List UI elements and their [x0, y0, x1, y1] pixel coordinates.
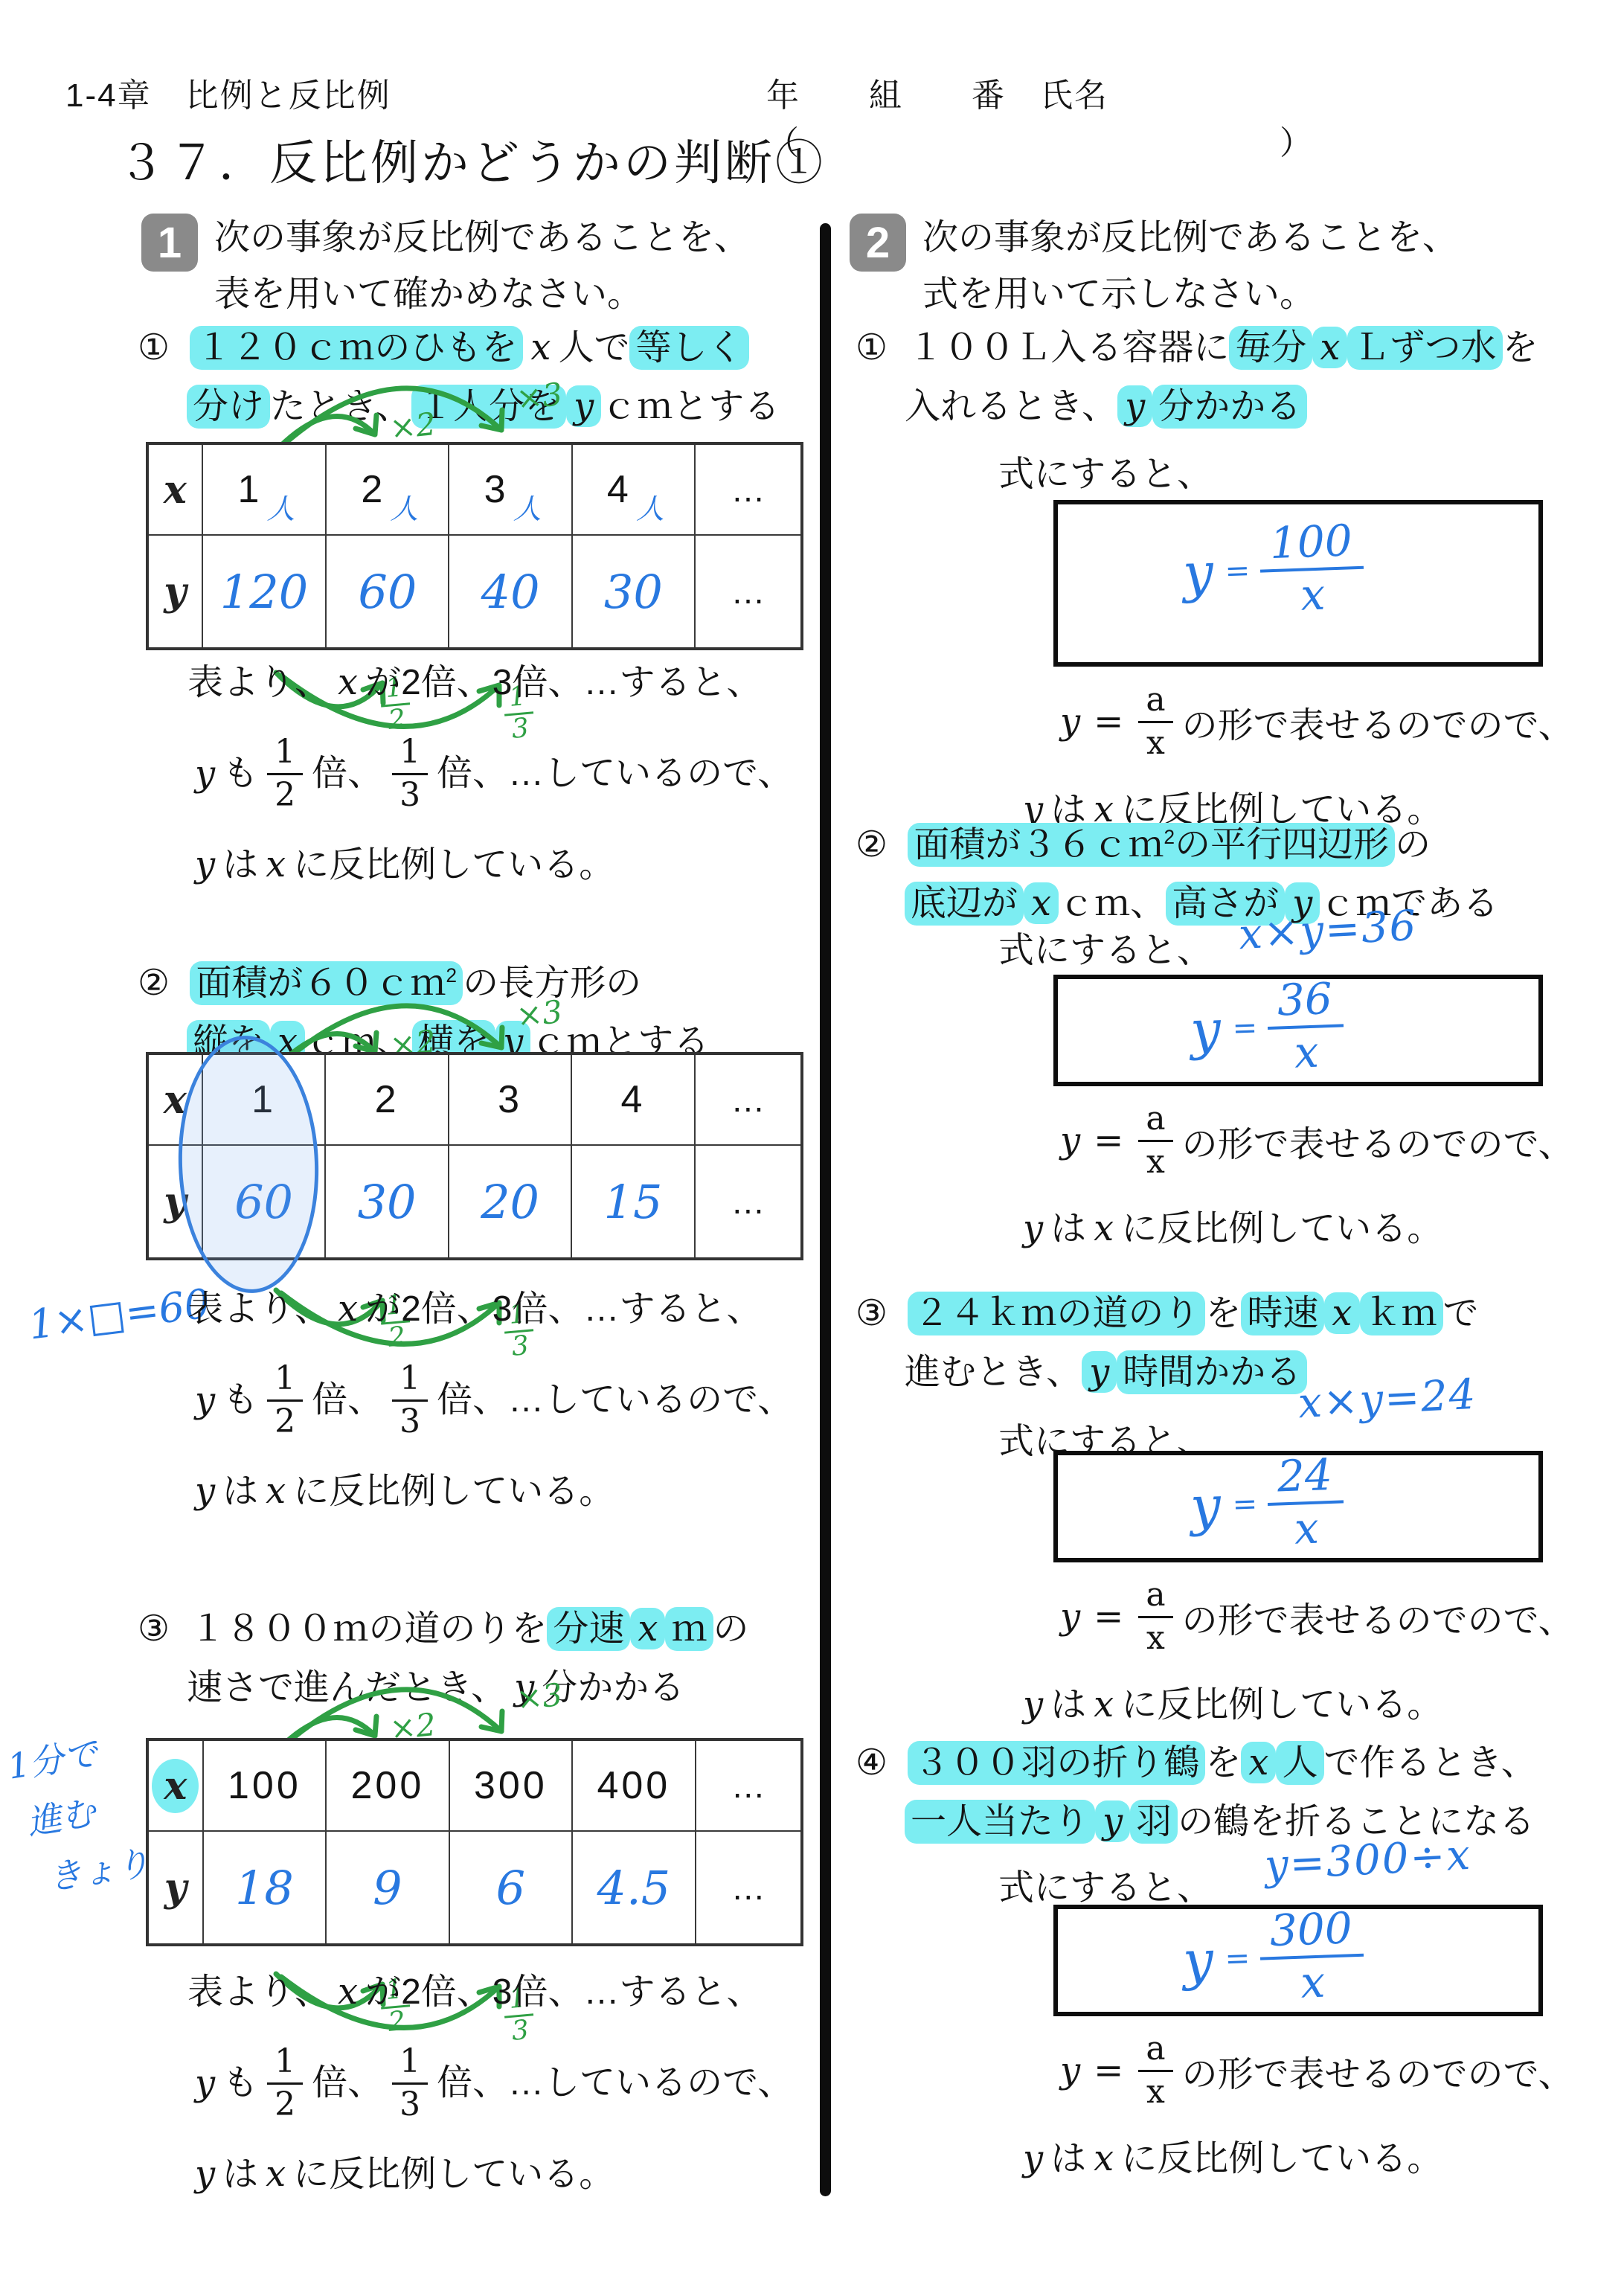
- s2-p2-handwritten-side-equation: x×y=36: [1237, 902, 1418, 959]
- s1-t1-unit2: 人: [390, 493, 418, 525]
- s2-p3-hl2: 時速: [1241, 1292, 1324, 1335]
- s1-c1-t6: は: [222, 845, 258, 885]
- s1-t3-times3-label: ×3: [515, 1676, 565, 1717]
- s1-t1-y-header: y: [147, 535, 202, 649]
- s1-c1-x: x: [330, 661, 365, 703]
- s1-p3-hl1: 分速: [547, 1607, 630, 1651]
- s1-c1-frac-third: 13: [392, 735, 428, 812]
- section1-intro: 次の事象が反比例であることを、 表を用いて確かめなさい。: [214, 210, 750, 323]
- s1-table1: x 1人 2人 3人 4人 … y 120 60 40 30 …: [146, 442, 803, 650]
- s1-t2-y-dots: …: [695, 1145, 802, 1259]
- s2-p3-t2: で: [1443, 1294, 1479, 1333]
- s2-p1-hl2: Ｌずつ水: [1347, 326, 1502, 370]
- s2-p4-concl-line2: yはxに反比例している。: [1015, 2131, 1611, 2187]
- margin-note-distance-per-minute: 1分で 進む きょり: [4, 1719, 155, 1910]
- s2-p1-concl-line1: y=axの形で表せるのでので、: [1015, 666, 1611, 777]
- s1-t1-x-dots: …: [695, 443, 802, 535]
- section1-badge: 1: [141, 214, 198, 272]
- s1-t1-y-row: y 120 60 40 30 …: [147, 535, 802, 649]
- s1-c2-line3: yはxに反比例している。: [187, 1463, 842, 1519]
- s2-problem1-text: ① １００Ｌ入る容器に毎分xＬずつ水を 入れるとき、y分かかる: [856, 318, 1599, 436]
- s1-c1-t4: 倍、: [312, 756, 383, 792]
- s2-p4-handwritten-side-equation: y=300÷x: [1263, 1831, 1472, 1890]
- s2-p2-hl2: 底辺が: [905, 882, 1024, 926]
- s1-t1-unit1: 人: [266, 493, 295, 525]
- section1-intro-line2: 表を用いて確かめなさい。: [214, 266, 750, 323]
- s1-t1-x4: 4: [607, 468, 632, 511]
- section2-intro: 次の事象が反比例であることを、 式を用いて示しなさい。: [922, 210, 1458, 323]
- s2-p2-concl-line2: yはxに反比例している。: [1015, 1201, 1611, 1257]
- section1-intro-line1: 次の事象が反比例であることを、: [214, 210, 750, 266]
- s1-p1-hl1: １２０ｃｍのひもを: [190, 326, 523, 370]
- s1-c1-y2: y: [187, 844, 222, 885]
- s1-c1-t5: 倍、…しているので、: [437, 756, 793, 792]
- s2-p3-number: ③: [856, 1294, 888, 1333]
- s2-p1-var-y: y: [1117, 385, 1152, 427]
- s1-t3-y4: 4.5: [597, 1861, 671, 1915]
- s2-p4-hl1: ３００羽の折り鶴: [908, 1741, 1205, 1785]
- s2-p1-number: ①: [856, 328, 888, 368]
- s2-p3-hl4: 時間かかる: [1117, 1350, 1307, 1394]
- s2-p3-line2: 進むとき、y時間かかる: [856, 1343, 1607, 1402]
- s1-t3-x-row: x 100 200 300 400 …: [147, 1739, 802, 1831]
- s2-p1-t3: 入れるとき、: [905, 387, 1117, 426]
- s2-p3-hl3: ｋｍ: [1360, 1292, 1443, 1335]
- s1-p3-number: ③: [138, 1609, 170, 1649]
- s2-p2-var-x: x: [1024, 882, 1059, 924]
- section2-badge: 2: [850, 214, 906, 272]
- s1-c1-t3: も: [222, 756, 258, 792]
- s1-t3-x-header: x: [147, 1739, 203, 1831]
- s1-t3-y2: 9: [373, 1861, 402, 1915]
- s2-p3-line1: ③ ２４ｋｍの道のりを時速xｋｍで: [856, 1284, 1607, 1343]
- s1-t3-x1: 100: [203, 1739, 326, 1831]
- s1-p1-t1: 人で: [558, 328, 629, 368]
- s1-conclusion3: 表より、xが2倍、3倍、…すると、 yも12倍、13倍、…しているので、 yはx…: [187, 1964, 842, 2210]
- s1-t1-x1: 1: [238, 468, 263, 511]
- s1-p1-hl2: 等しく: [629, 326, 748, 370]
- s2-p1-hl1: 毎分: [1229, 326, 1312, 370]
- s1-t2-x4: 4: [571, 1054, 694, 1145]
- s2-p4-handwritten-equation: y=300x: [1181, 1905, 1365, 2010]
- s1-t1-y1: 120: [220, 565, 308, 619]
- s1-t1-y2: 60: [358, 565, 417, 619]
- s2-p3-handwritten-side-equation: x×y=24: [1297, 1370, 1477, 1428]
- s2-p4-t3: の鶴を折ることになる: [1178, 1802, 1535, 1841]
- s2-p2-concl-line1: y=axの形で表せるのでので、: [1015, 1085, 1611, 1196]
- s2-p2-equation-label: 式にすると、: [998, 921, 1213, 972]
- s1-p3-t1: １８００ｍの道のりを: [190, 1609, 547, 1649]
- s2-p3-t1: を: [1205, 1294, 1241, 1333]
- s1-t2-x2: 2: [325, 1054, 448, 1145]
- s1-t3-x-dots: …: [696, 1739, 802, 1831]
- s1-p3-var-x: x: [630, 1608, 665, 1649]
- s1-t1-unit4: 人: [636, 493, 664, 525]
- s2-p1-var-x: x: [1312, 327, 1347, 368]
- s2-p1-hl3: 分かかる: [1152, 385, 1307, 429]
- s2-p2-handwritten-equation: y=36x: [1189, 975, 1345, 1079]
- s2-p2-t1: の: [1395, 825, 1431, 865]
- page-title: ３７．反比例かどうかの判断①: [118, 125, 826, 193]
- s1-t1-x-header: x: [147, 443, 202, 535]
- s1-c1-line1: 表より、xが2倍、3倍、…すると、: [187, 655, 842, 711]
- s2-p4-t1: を: [1205, 1743, 1241, 1783]
- section2-intro-line1: 次の事象が反比例であることを、: [922, 210, 1458, 266]
- s1-t1-times2-label: ×2: [388, 405, 438, 446]
- s2-p1-line2: 入れるとき、y分かかる: [856, 377, 1599, 436]
- s2-p2-line2: 底辺がxｃｍ、高さがyｃｍである: [856, 874, 1607, 933]
- s1-t1-times3-label: ×3: [515, 376, 565, 417]
- s2-p1-line1: ① １００Ｌ入る容器に毎分xＬずつ水を: [856, 318, 1599, 377]
- s1-t3-x-header-highlight: x: [152, 1759, 199, 1813]
- s2-p3-concl-line2: yはxに反比例している。: [1015, 1677, 1611, 1733]
- s2-p3-t3: 進むとき、: [905, 1353, 1082, 1392]
- s2-problem3-text: ③ ２４ｋｍの道のりを時速xｋｍで 進むとき、y時間かかる: [856, 1284, 1607, 1402]
- column-divider: [820, 223, 831, 2196]
- s1-c1-line3: yはxに反比例している。: [187, 837, 842, 893]
- s2-p1-t2: を: [1503, 328, 1538, 368]
- s1-table3: x 100 200 300 400 … y 18 9 6 4.5 …: [146, 1738, 803, 1946]
- s1-t3-x3: 300: [449, 1739, 572, 1831]
- s1-c3-line1: 表より、xが2倍、3倍、…すると、: [187, 1964, 842, 2020]
- s1-t3-x4: 400: [572, 1739, 695, 1831]
- s2-problem4-text: ④ ３００羽の折り鶴をx人で作るとき、 一人当たりy羽の鶴を折ることになる: [856, 1734, 1607, 1851]
- s2-p4-hl4: 羽: [1130, 1800, 1178, 1844]
- s1-t1-unit3: 人: [513, 493, 542, 525]
- s2-p3-var-y: y: [1082, 1351, 1117, 1393]
- s1-t2-x-dots: …: [695, 1054, 802, 1145]
- s2-p4-var-y: y: [1095, 1800, 1130, 1842]
- s1-t3-y-dots: …: [696, 1831, 802, 1945]
- s1-c1-frac-half: 12: [267, 735, 303, 812]
- s1-t3-x2: 200: [326, 1739, 449, 1831]
- s1-t3-y1: 18: [235, 1861, 294, 1915]
- s2-p4-line1: ④ ３００羽の折り鶴をx人で作るとき、: [856, 1734, 1607, 1792]
- s1-c2-line1: 表より、xが2倍、3倍、…すると、: [187, 1281, 842, 1337]
- s1-c1-line2: yも12倍、13倍、…しているので、: [187, 718, 842, 830]
- s2-p2-number: ②: [856, 825, 888, 865]
- s1-t2-x3: 3: [449, 1054, 571, 1145]
- s1-t2-y2: 30: [358, 1175, 417, 1229]
- s1-p1-number: ①: [138, 328, 170, 368]
- s1-c1-t1: 表より、: [187, 663, 330, 702]
- s1-c1-t7: に反比例している。: [293, 845, 614, 885]
- s1-t3-y-row: y 18 9 6 4.5 …: [147, 1831, 802, 1945]
- s2-p4-equation-label: 式にすると、: [998, 1859, 1213, 1910]
- chapter-label: 1-4章 比例と反比例: [65, 68, 391, 116]
- s1-conclusion1: 表より、xが2倍、3倍、…すると、 yも12倍、13倍、…しているので、 yはx…: [187, 655, 842, 900]
- s1-t1-y4: 30: [604, 565, 663, 619]
- s2-problem2-text: ② 面積が３６ｃｍ2の平行四辺形の 底辺がxｃｍ、高さがyｃｍである: [856, 808, 1607, 933]
- s2-p3-conclusion: y=axの形で表せるのでので、 yはxに反比例している。: [1015, 1561, 1611, 1733]
- s1-p1-line1: ① １２０ｃｍのひもをx人で等しく: [138, 318, 844, 377]
- s1-p3-line1: ③ １８００ｍの道のりを分速xｍの: [138, 1600, 867, 1658]
- s2-p2-conclusion: y=axの形で表せるのでので、 yはxに反比例している。: [1015, 1085, 1611, 1257]
- s1-t3-y3: 6: [496, 1861, 525, 1915]
- s1-t2-times3-label: ×3: [515, 993, 565, 1034]
- worksheet-page: 1-4章 比例と反比例 年 組 番 氏名（ ） ３７．反比例かどうかの判断① 1…: [0, 0, 1624, 2296]
- s2-p3-concl-line1: y=axの形で表せるのでので、: [1015, 1561, 1611, 1673]
- s2-p3-hl1: ２４ｋｍの道のり: [908, 1292, 1205, 1335]
- s1-p3-hl2: ｍ: [665, 1607, 713, 1651]
- s2-p2-hl1: 面積が３６ｃｍ2の平行四辺形: [908, 823, 1395, 867]
- s1-p3-t2: の: [713, 1609, 749, 1649]
- s1-c1-x2: x: [258, 844, 293, 885]
- s2-p4-t2: で作るとき、: [1324, 1743, 1537, 1783]
- s1-c2-line2: yも12倍、13倍、…しているので、: [187, 1344, 842, 1456]
- s2-p4-line2: 一人当たりy羽の鶴を折ることになる: [856, 1792, 1607, 1851]
- s1-t2-y3: 20: [481, 1175, 539, 1229]
- s2-p3-handwritten-equation: y=24x: [1189, 1452, 1345, 1555]
- s1-t1-y-dots: …: [695, 535, 802, 649]
- s1-t1-x3: 3: [484, 468, 509, 511]
- s2-p1-handwritten-equation: y=100x: [1181, 518, 1365, 622]
- s1-c1-t2: が2倍、3倍、…すると、: [365, 663, 762, 702]
- s1-p1-var-x: x: [523, 327, 558, 368]
- s2-p4-conclusion: y=axの形で表せるのでので、 yはxに反比例している。: [1015, 2015, 1611, 2187]
- s2-p2-t2: ｃｍ、: [1059, 884, 1166, 923]
- s2-p1-equation-label: 式にすると、: [998, 445, 1213, 496]
- s1-t1-y3: 40: [481, 565, 540, 619]
- s1-c3-line3: yはxに反比例している。: [187, 2146, 842, 2202]
- s2-p4-hl3: 一人当たり: [905, 1800, 1095, 1844]
- s2-p4-var-x: x: [1241, 1742, 1276, 1783]
- s2-p4-number: ④: [856, 1743, 888, 1783]
- s2-p3-var-x: x: [1324, 1292, 1359, 1334]
- s2-p1-t1: １００Ｌ入る容器に: [908, 328, 1229, 368]
- s1-t3-y-header: y: [147, 1831, 203, 1945]
- s1-t1-x-row: x 1人 2人 3人 4人 …: [147, 443, 802, 535]
- s1-t2-y4: 15: [604, 1175, 663, 1229]
- s1-t1-x2: 2: [361, 468, 385, 511]
- s2-p2-line1: ② 面積が３６ｃｍ2の平行四辺形の: [856, 808, 1607, 874]
- s2-p4-concl-line1: y=axの形で表せるのでので、: [1015, 2015, 1611, 2126]
- s2-p4-hl2: 人: [1276, 1741, 1323, 1785]
- s1-c3-line2: yも12倍、13倍、…しているので、: [187, 2027, 842, 2139]
- s1-c1-y: y: [187, 756, 222, 792]
- section2-intro-line2: 式を用いて示しなさい。: [922, 266, 1458, 323]
- s1-conclusion2: 表より、xが2倍、3倍、…すると、 yも12倍、13倍、…しているので、 yはx…: [187, 1281, 842, 1527]
- name-field-label: 年 組 番 氏名（ ）: [766, 68, 1624, 164]
